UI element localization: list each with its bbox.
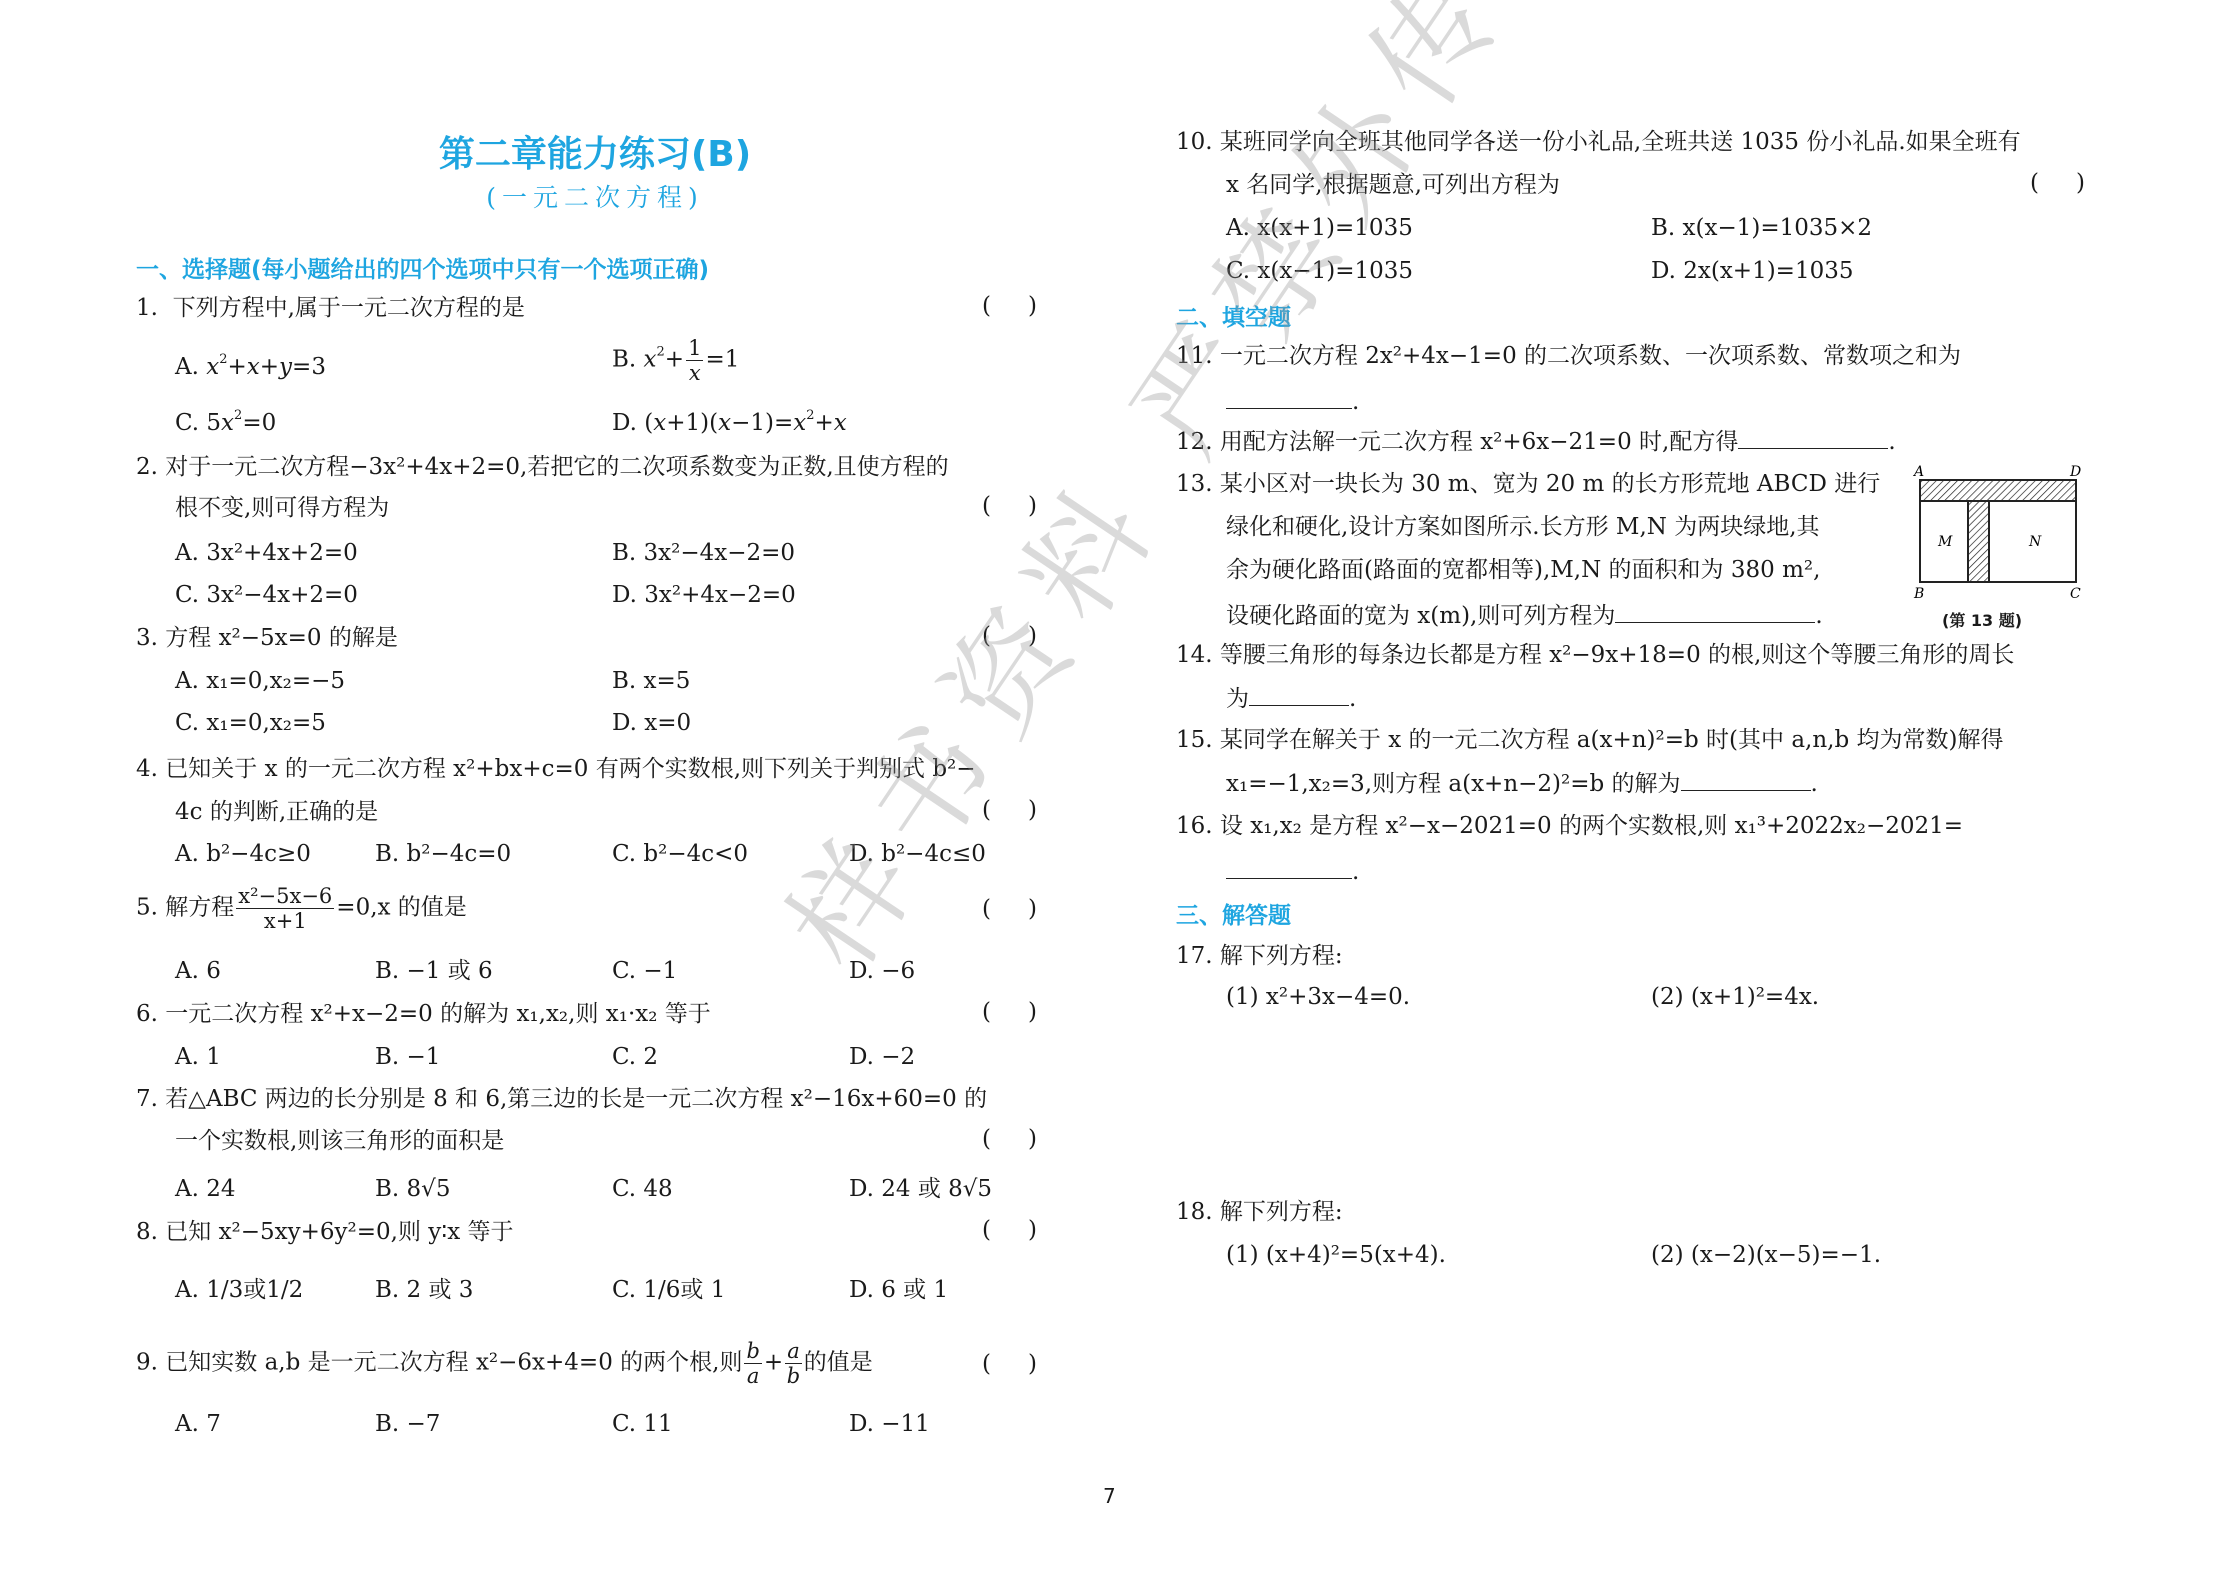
option-c[interactable]: C. 11	[612, 1409, 673, 1439]
option-c[interactable]: C. 3x²−4x+2=0	[175, 580, 358, 610]
answer-blank[interactable]	[1615, 600, 1815, 623]
answer-paren[interactable]: ()	[982, 1217, 1074, 1243]
option-d[interactable]: D. (x+1)(x−1)=x2+x	[612, 408, 847, 438]
question-13: 13. 某小区对一块长为 30 m、宽为 20 m 的长方形荒地 ABCD 进行	[1176, 469, 1880, 499]
option-b[interactable]: B. −1	[375, 1042, 440, 1072]
answer-paren[interactable]: ()	[982, 999, 1074, 1025]
option-b[interactable]: B. x2+1x=1	[612, 336, 739, 385]
option-c[interactable]: C. 2	[612, 1042, 658, 1072]
option-b[interactable]: B. x=5	[612, 666, 690, 696]
option-a[interactable]: A. 3x²+4x+2=0	[175, 538, 358, 568]
page-subtitle: (一元二次方程)	[0, 178, 1190, 214]
option-a[interactable]: A. 7	[175, 1409, 221, 1439]
subquestion-2: (2) (x−2)(x−5)=−1.	[1651, 1240, 1881, 1270]
option-c[interactable]: C. −1	[612, 956, 677, 986]
question-13-line: 绿化和硬化,设计方案如图所示.长方形 M,N 为两块绿地,其	[1226, 512, 1820, 542]
question-stem: 下列方程中,属于一元二次方程的是	[173, 295, 525, 321]
option-a[interactable]: A. 24	[175, 1174, 236, 1204]
option-d[interactable]: D. 24 或 8√5	[849, 1174, 992, 1204]
question-5: 5. 解方程x²−5x−6x+1=0,x 的值是	[136, 884, 467, 933]
question-15: 15. 某同学在解关于 x 的一元二次方程 a(x+n)²=b 时(其中 a,n…	[1176, 725, 2003, 755]
option-b[interactable]: B. x(x−1)=1035×2	[1651, 213, 1872, 243]
question-7-cont: 一个实数根,则该三角形的面积是	[175, 1126, 504, 1156]
option-b[interactable]: B. 3x²−4x−2=0	[612, 538, 795, 568]
section-header-choice: 一、选择题(每小题给出的四个选项中只有一个选项正确)	[136, 251, 709, 284]
question-15-cont: x₁=−1,x₂=3,则方程 a(x+n−2)²=b 的解为.	[1226, 768, 1818, 799]
question-4-cont: 4c 的判断,正确的是	[175, 797, 378, 827]
option-d[interactable]: D. −11	[849, 1409, 930, 1439]
answer-paren[interactable]: ()	[2030, 170, 2122, 196]
answer-blank[interactable]: .	[1226, 856, 1359, 887]
question-2: 2. 对于一元二次方程−3x²+4x+2=0,若把它的二次项系数变为正数,且使方…	[136, 452, 949, 482]
question-14: 14. 等腰三角形的每条边长都是方程 x²−9x+18=0 的根,则这个等腰三角…	[1176, 640, 2014, 670]
answer-blank[interactable]	[1738, 426, 1888, 449]
svg-text:D: D	[2069, 464, 2081, 480]
option-b[interactable]: B. 8√5	[375, 1174, 450, 1204]
question-7: 7. 若△ABC 两边的长分别是 8 和 6,第三边的长是一元二次方程 x²−1…	[136, 1084, 987, 1114]
svg-text:N: N	[2028, 534, 2042, 550]
answer-blank[interactable]	[1681, 768, 1811, 791]
option-a[interactable]: A. b²−4c≥0	[175, 839, 311, 869]
question-9: 9. 已知实数 a,b 是一元二次方程 x²−6x+4=0 的两个根,则ba+a…	[136, 1339, 873, 1388]
figure-caption: (第 13 题)	[1942, 608, 2022, 631]
subquestion-1: (1) (x+4)²=5(x+4).	[1226, 1240, 1446, 1270]
svg-text:B: B	[1913, 586, 1924, 602]
answer-paren[interactable]: ()	[982, 896, 1074, 922]
page-title: 第二章能力练习(B)	[0, 126, 1190, 177]
subquestion-2: (2) (x+1)²=4x.	[1651, 982, 1819, 1012]
page-number: 7	[1103, 1484, 1116, 1508]
answer-paren[interactable]: ()	[982, 1126, 1074, 1152]
option-d[interactable]: D. 2x(x+1)=1035	[1651, 256, 1853, 286]
answer-paren[interactable]: ()	[982, 293, 1074, 319]
question-number: 1.	[136, 295, 158, 321]
question-8: 8. 已知 x²−5xy+6y²=0,则 y∶x 等于	[136, 1217, 514, 1247]
option-b[interactable]: B. −1 或 6	[375, 956, 493, 986]
section-header-solve: 三、解答题	[1176, 897, 1291, 930]
question-13-line: 设硬化路面的宽为 x(m),则可列方程为.	[1226, 600, 1823, 631]
figure-q13: A D B C M N (第 13 题)	[1912, 462, 2092, 642]
question-2-cont: 根不变,则可得方程为	[175, 493, 389, 523]
question-17: 17. 解下列方程:	[1176, 941, 1343, 971]
question-13-line: 余为硬化路面(路面的宽都相等),M,N 的面积和为 380 m²,	[1226, 555, 1820, 585]
option-a[interactable]: A. x₁=0,x₂=−5	[175, 666, 345, 696]
svg-text:A: A	[1912, 464, 1924, 480]
option-c[interactable]: C. b²−4c<0	[612, 839, 748, 869]
option-b[interactable]: B. 2 或 3	[375, 1275, 473, 1305]
question-1: 1. 下列方程中,属于一元二次方程的是	[136, 293, 525, 323]
option-c[interactable]: C. 1/6或 1	[612, 1275, 725, 1305]
answer-paren[interactable]: ()	[982, 1351, 1074, 1377]
question-14-cont: 为.	[1226, 683, 1356, 714]
option-d[interactable]: D. 3x²+4x−2=0	[612, 580, 796, 610]
option-b[interactable]: B. b²−4c=0	[375, 839, 511, 869]
option-a[interactable]: A. 1	[175, 1042, 221, 1072]
option-c[interactable]: C. x₁=0,x₂=5	[175, 708, 326, 738]
option-c[interactable]: C. 48	[612, 1174, 673, 1204]
option-d[interactable]: D. 6 或 1	[849, 1275, 948, 1305]
question-3: 3. 方程 x²−5x=0 的解是	[136, 623, 398, 653]
question-6: 6. 一元二次方程 x²+x−2=0 的解为 x₁,x₂,则 x₁·x₂ 等于	[136, 999, 711, 1029]
option-a[interactable]: A. 6	[175, 956, 221, 986]
option-d[interactable]: D. x=0	[612, 708, 691, 738]
answer-blank[interactable]	[1249, 683, 1349, 706]
option-d[interactable]: D. −2	[849, 1042, 915, 1072]
option-a[interactable]: A. x2+x+y=3	[175, 352, 326, 382]
question-16: 16. 设 x₁,x₂ 是方程 x²−x−2021=0 的两个实数根,则 x₁³…	[1176, 811, 1963, 841]
question-18: 18. 解下列方程:	[1176, 1197, 1343, 1227]
question-12: 12. 用配方法解一元二次方程 x²+6x−21=0 时,配方得.	[1176, 426, 1896, 457]
option-c[interactable]: C. 5x2=0	[175, 408, 276, 438]
svg-text:C: C	[2070, 586, 2081, 602]
option-a[interactable]: A. 1/3或1/2	[175, 1275, 303, 1305]
svg-text:M: M	[1937, 534, 1953, 550]
subquestion-1: (1) x²+3x−4=0.	[1226, 982, 1410, 1012]
option-b[interactable]: B. −7	[375, 1409, 440, 1439]
